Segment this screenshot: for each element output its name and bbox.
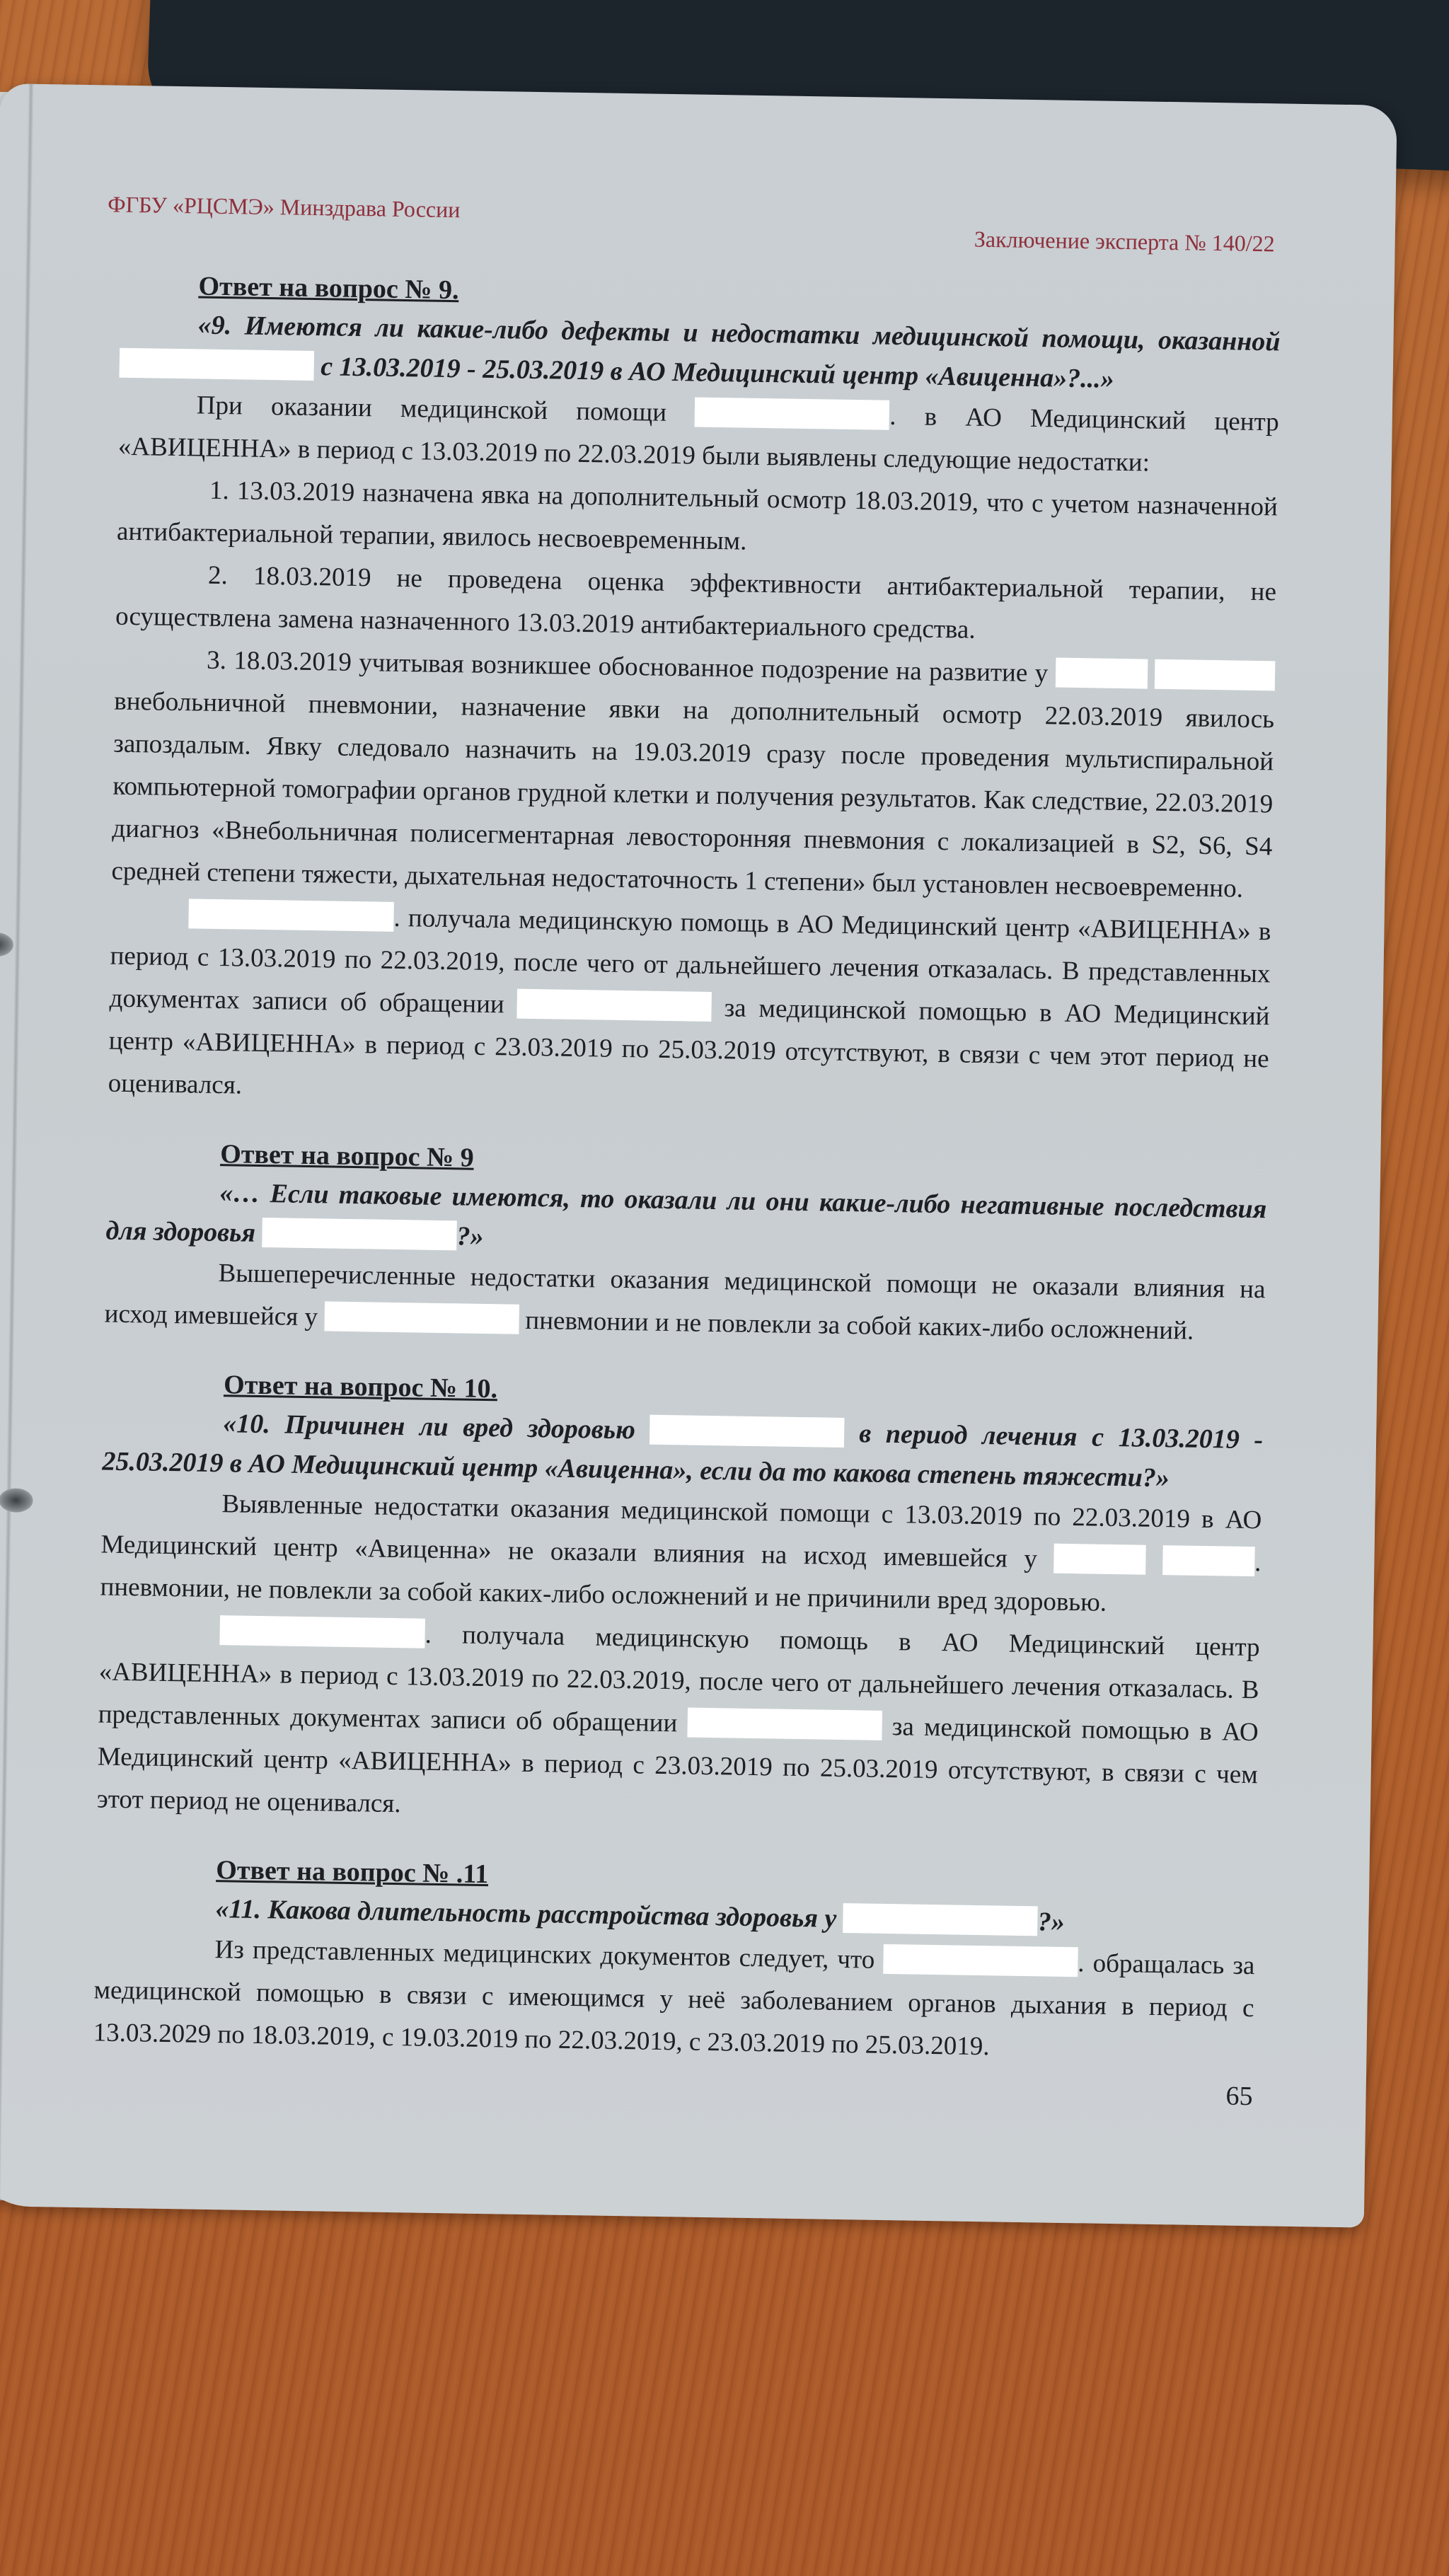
redaction-box [883,1944,1078,1977]
redaction-box [687,1708,882,1740]
paragraph: . получала медицинскую помощь в АО Медиц… [108,893,1271,1124]
page-number: 65 [1225,2081,1253,2113]
paragraph: Из представленных медицинских документов… [93,1927,1255,2072]
question-text-part: «10. Причинен ли вред здоровью [223,1409,650,1445]
redaction-box [516,989,712,1022]
question-text-part: ?» [456,1221,484,1252]
paragraph-text: пневмонии и не повлекли за собой каких-л… [519,1306,1194,1346]
redaction-box [650,1415,845,1448]
document-body: Ответ на вопрос № 9. «9. Имеются ли каки… [93,266,1281,2072]
binder-hole-icon [0,932,13,957]
redaction-box [695,397,890,429]
paragraph-text: При оказании медицинской помощи [197,391,695,427]
paragraph: Выявленные недостатки оказания медицинск… [100,1482,1262,1627]
list-item: 3. 18.03.2019 учитывая возникшее обоснов… [111,638,1275,911]
redaction-box [1053,1544,1146,1575]
list-item-text: внебольничной пневмонии, назначение явки… [111,687,1274,903]
document-page: ФГБУ «РЦСМЭ» Минздрава России Заключение… [0,83,1397,2228]
redaction-box [324,1301,519,1334]
list-item-text: 3. 18.03.2019 учитывая возникшее обоснов… [207,646,1056,688]
page-fold [0,84,34,2207]
redaction-box [1055,658,1148,689]
redaction-box [188,899,394,932]
redaction-box [119,348,314,381]
organization-name: ФГБУ «РЦСМЭ» Минздрава России [108,191,461,223]
redaction-box [219,1615,425,1648]
paragraph: . получала медицинскую помощь в АО Медиц… [96,1608,1260,1839]
document-reference: Заключение эксперта № 140/22 [974,226,1275,258]
redaction-box [1162,1545,1255,1576]
binder-hole-icon [0,1488,33,1513]
paragraph-text: Из представленных медицинских документов… [214,1935,883,1975]
running-header: ФГБУ «РЦСМЭ» Минздрава России Заключение… [107,191,1275,266]
redaction-box [843,1903,1039,1936]
question-text-part: ?» [1037,1907,1065,1937]
question-text-part: «11. Какова длительность расстройства зд… [215,1894,843,1934]
redaction-box [1155,659,1276,691]
redaction-box [262,1218,457,1250]
